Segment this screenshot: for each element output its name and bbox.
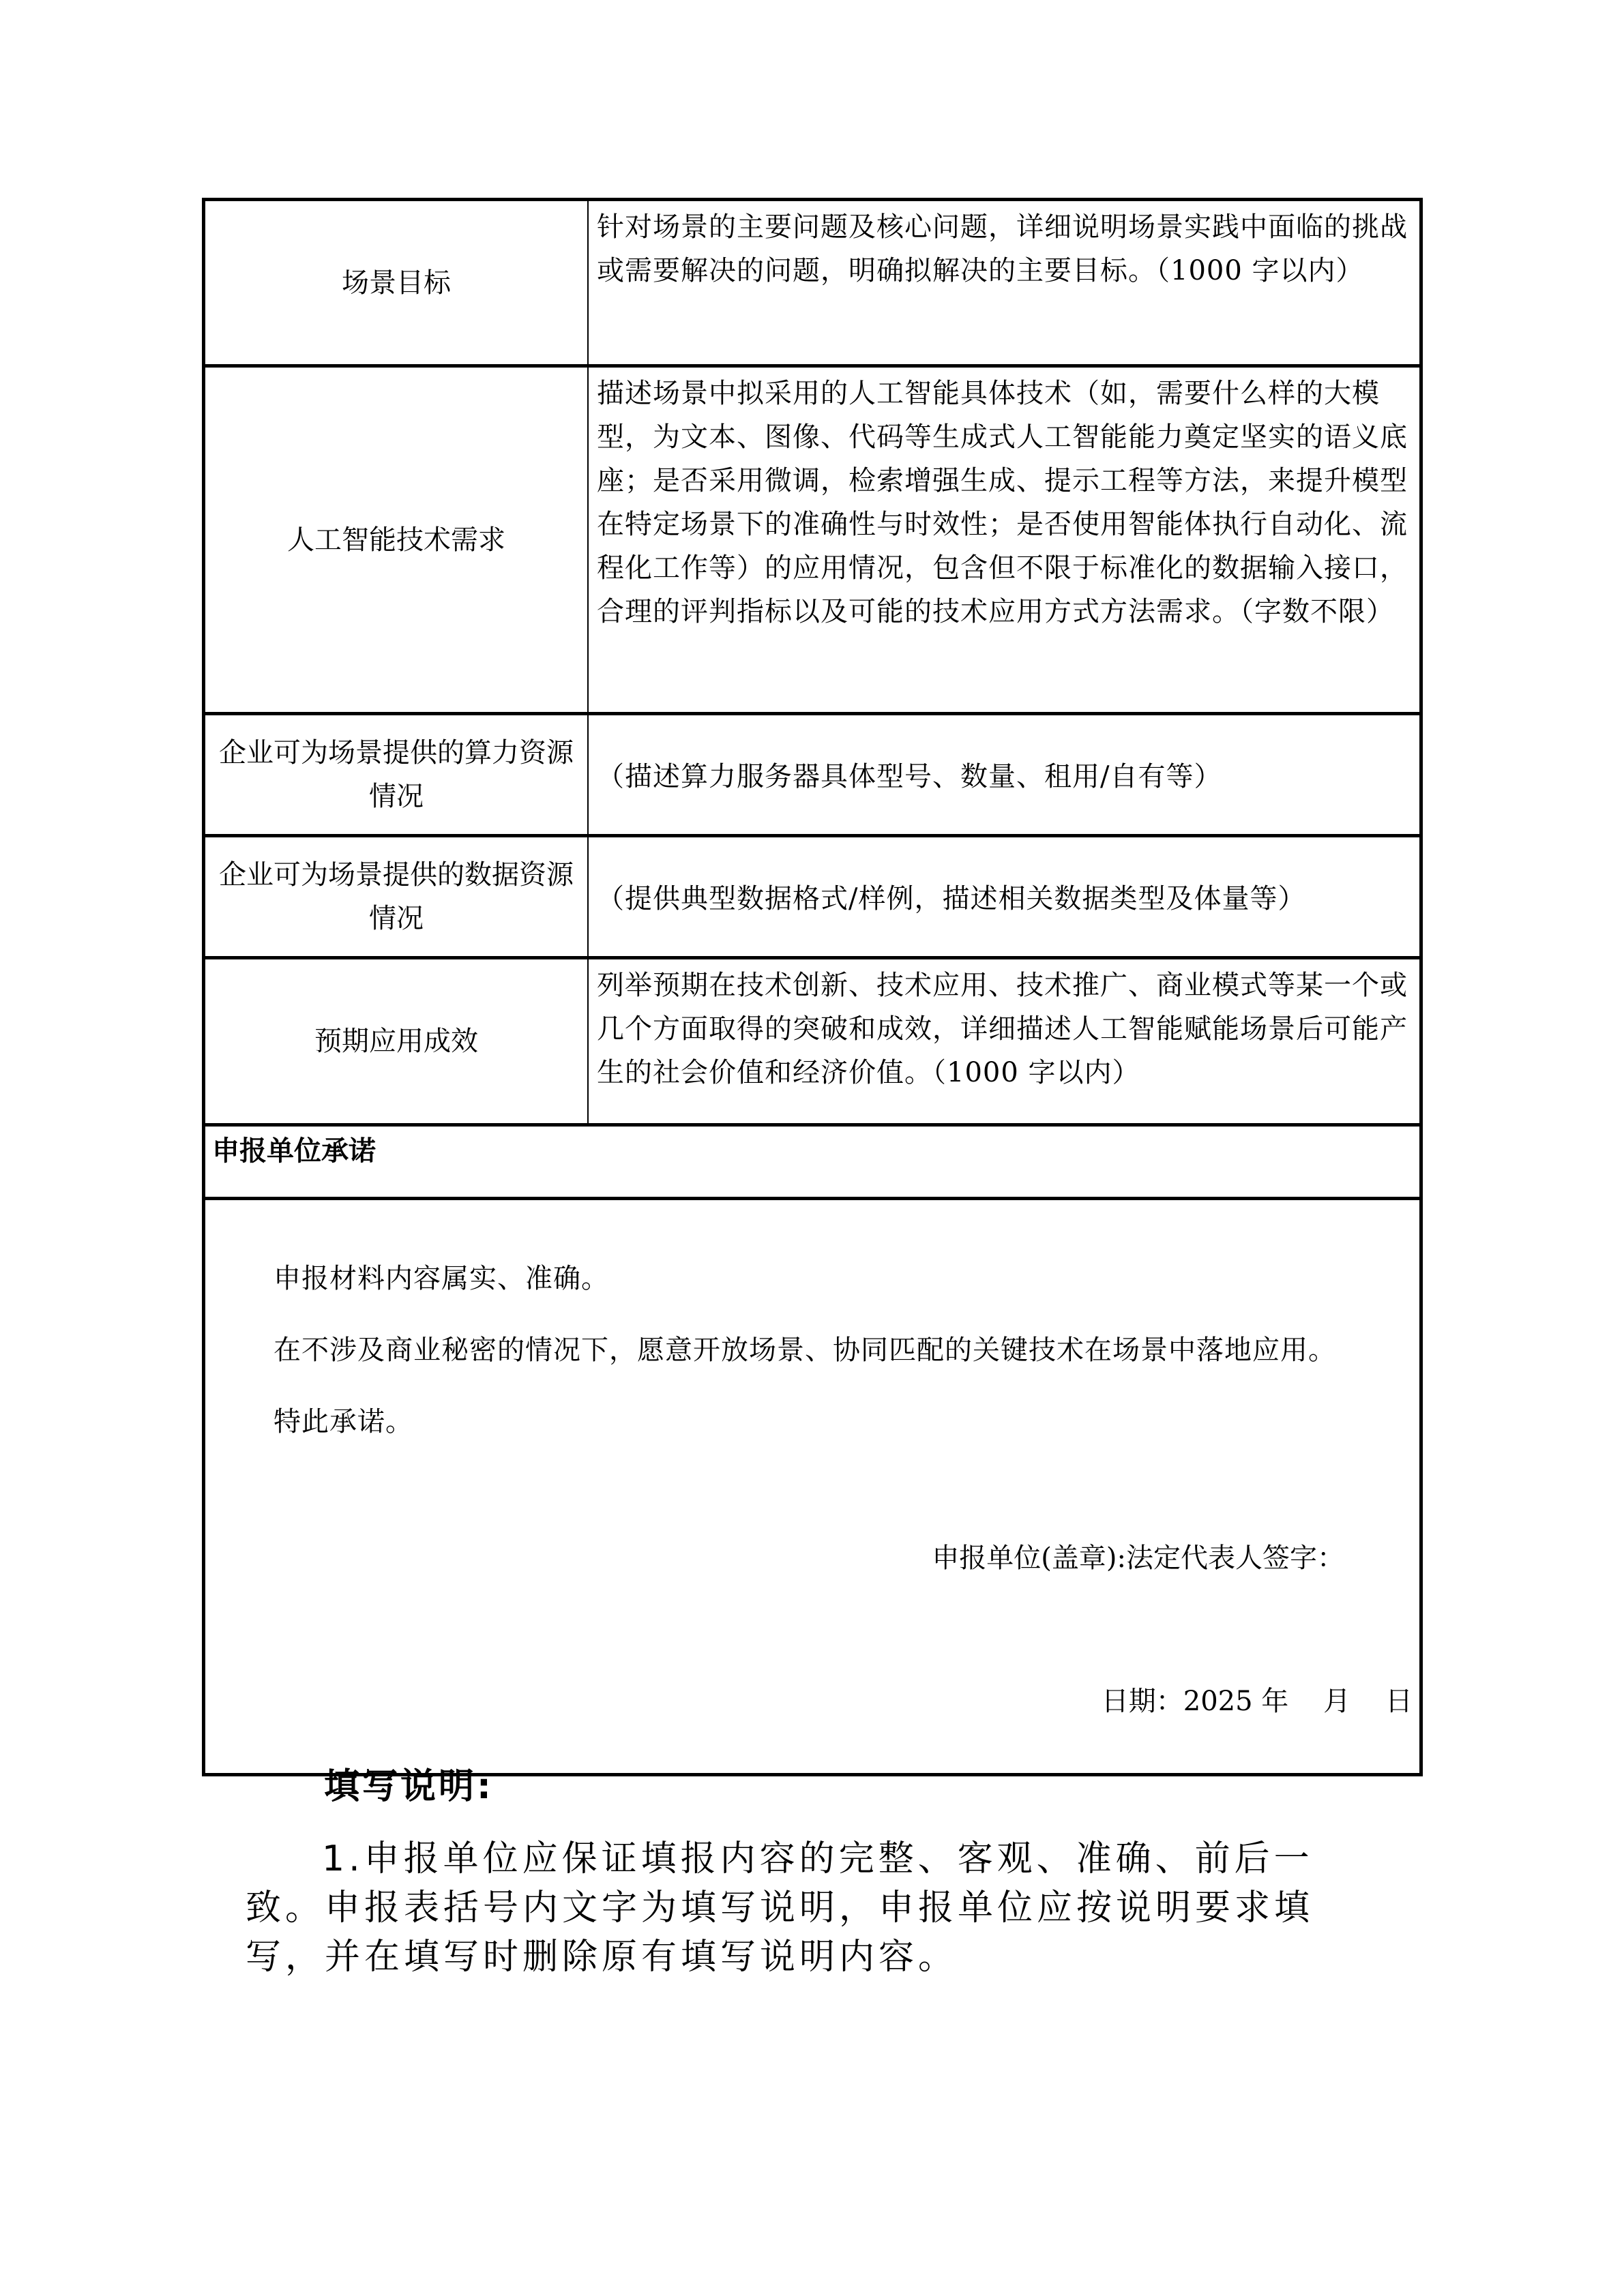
label-text: 场景目标 bbox=[215, 261, 578, 305]
label-text: 企业可为场景提供的数据资源情况 bbox=[215, 853, 578, 940]
promise-body-cell: 申报材料内容属实、准确。 在不涉及商业秘密的情况下，愿意开放场景、协同匹配的关键… bbox=[204, 1199, 1421, 1775]
label-text: 企业可为场景提供的算力资源情况 bbox=[215, 731, 578, 818]
promise-heading-cell: 申报单位承诺 bbox=[204, 1125, 1421, 1199]
row-label-scenario-goal: 场景目标 bbox=[204, 200, 589, 366]
row-label-data-resources: 企业可为场景提供的数据资源情况 bbox=[204, 836, 589, 958]
promise-line-1: 申报材料内容属实、准确。 bbox=[274, 1262, 609, 1296]
row-content-ai-tech-requirements[interactable]: 描述场景中拟采用的人工智能具体技术（如，需要什么样的大模型，为文本、图像、代码等… bbox=[588, 366, 1421, 714]
label-text: 预期应用成效 bbox=[215, 1019, 578, 1063]
table-row-ai-tech-requirements: 人工智能技术需求 描述场景中拟采用的人工智能具体技术（如，需要什么样的大模型，为… bbox=[204, 366, 1421, 714]
table-row-data-resources: 企业可为场景提供的数据资源情况 （提供典型数据格式/样例，描述相关数据类型及体量… bbox=[204, 836, 1421, 958]
signature-field[interactable]: 申报单位(盖章):法定代表人签字： bbox=[932, 1541, 1344, 1575]
table-row-scenario-goal: 场景目标 针对场景的主要问题及核心问题，详细说明场景实践中面临的挑战或需要解决的… bbox=[204, 200, 1421, 366]
row-content-expected-effects[interactable]: 列举预期在技术创新、技术应用、技术推广、商业模式等某一个或几个方面取得的突破和成… bbox=[588, 958, 1421, 1125]
instructions-title: 填写说明: bbox=[324, 1759, 494, 1814]
table-row-compute-resources: 企业可为场景提供的算力资源情况 （描述算力服务器具体型号、数量、租用/自有等） bbox=[204, 714, 1421, 836]
promise-body: 申报材料内容属实、准确。 在不涉及商业秘密的情况下，愿意开放场景、协同匹配的关键… bbox=[205, 1200, 1419, 1773]
row-content-compute-resources[interactable]: （描述算力服务器具体型号、数量、租用/自有等） bbox=[588, 714, 1421, 836]
date-field[interactable]: 日期：2025 年 月 日 bbox=[1102, 1684, 1413, 1718]
table-row-promise-body: 申报材料内容属实、准确。 在不涉及商业秘密的情况下，愿意开放场景、协同匹配的关键… bbox=[204, 1199, 1421, 1775]
promise-line-2: 在不涉及商业秘密的情况下，愿意开放场景、协同匹配的关键技术在场景中落地应用。 bbox=[274, 1333, 1336, 1367]
table-row-promise-heading: 申报单位承诺 bbox=[204, 1125, 1421, 1199]
row-label-compute-resources: 企业可为场景提供的算力资源情况 bbox=[204, 714, 589, 836]
application-form-table: 场景目标 针对场景的主要问题及核心问题，详细说明场景实践中面临的挑战或需要解决的… bbox=[202, 198, 1423, 1776]
row-label-ai-tech-requirements: 人工智能技术需求 bbox=[204, 366, 589, 714]
instructions-item-1: 1.申报单位应保证填报内容的完整、客观、准确、前后一致。申报表括号内文字为填写说… bbox=[246, 1834, 1378, 1982]
row-label-expected-effects: 预期应用成效 bbox=[204, 958, 589, 1125]
row-content-data-resources[interactable]: （提供典型数据格式/样例，描述相关数据类型及体量等） bbox=[588, 836, 1421, 958]
label-text: 人工智能技术需求 bbox=[215, 518, 578, 562]
row-content-scenario-goal[interactable]: 针对场景的主要问题及核心问题，详细说明场景实践中面临的挑战或需要解决的问题，明确… bbox=[588, 200, 1421, 366]
promise-heading: 申报单位承诺 bbox=[205, 1127, 1419, 1173]
document-page: 场景目标 针对场景的主要问题及核心问题，详细说明场景实践中面临的挑战或需要解决的… bbox=[0, 0, 1624, 2296]
promise-line-3: 特此承诺。 bbox=[274, 1405, 413, 1439]
table-row-expected-effects: 预期应用成效 列举预期在技术创新、技术应用、技术推广、商业模式等某一个或几个方面… bbox=[204, 958, 1421, 1125]
